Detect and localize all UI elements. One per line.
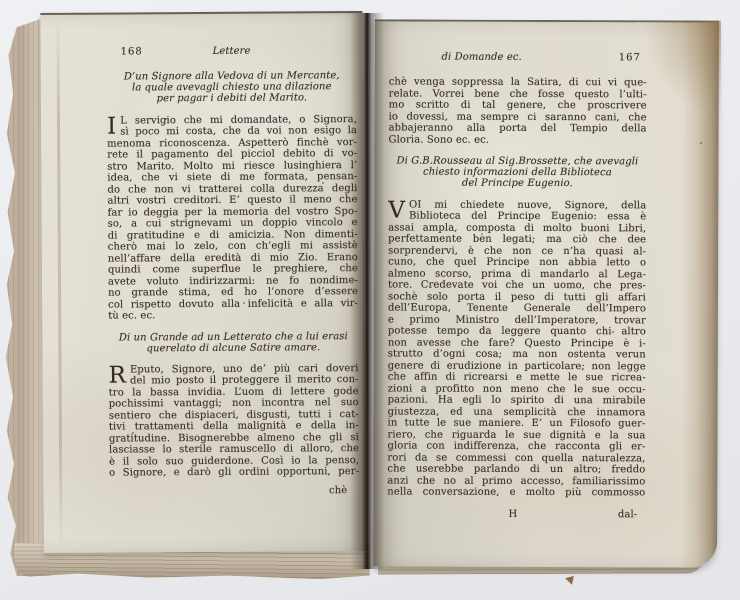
text-line: idea, che vi siete di me formata, pensan…	[107, 171, 357, 184]
text-line: querelato di alcune Satire amare.	[108, 342, 358, 355]
text-line: mo scritto di tal genere, che proscriver…	[389, 99, 647, 111]
text-line: abbajeranno alla porta del Tempio della	[389, 122, 647, 134]
text-line: relate. Vorrei bene che fosse questo l’u…	[389, 88, 647, 100]
text-line: dell’Europa, Tenente Generale dell’Imper…	[388, 303, 646, 315]
text-line: tore. Credevate voi che un uomo, che pre…	[388, 280, 646, 292]
page-crease	[56, 15, 62, 553]
book-gutter	[350, 13, 384, 569]
text-line: gloria con indifferenza, che racconta gl…	[387, 441, 645, 453]
right-catchword: dal-	[618, 509, 637, 520]
text-line: cherò mai lo zelo, con ch’egli mi assist…	[108, 240, 358, 253]
paper-speck	[322, 182, 324, 184]
text-line: no grande stima, ed ho l’onore d’essere	[108, 286, 358, 299]
text-line: che userebbe parlando di un altro; fredd…	[387, 464, 645, 476]
letter-heading: Di G.B.Rousseau al Sig.Brossette, che av…	[388, 155, 646, 189]
paper-speck	[132, 432, 134, 434]
text-line: rori da se commessi con quella naturalez…	[387, 452, 645, 464]
letter-paragraph: chè venga soppressa la Satira, di cui vi…	[389, 76, 647, 146]
right-page-text: di Domande ec. 167 chè venga soppressa l…	[387, 51, 647, 521]
table-debris-speck	[565, 576, 576, 586]
text-line: anzi che no al primo accesso, familiaris…	[387, 475, 645, 487]
text-line: quindi come superflue le preghiere, che	[108, 263, 358, 276]
text-line: almeno scorso, prima di mandarlo al Lega…	[388, 268, 646, 280]
text-line: zioni a profitto non meno che le sue occ…	[388, 383, 646, 395]
text-line: potesse tempo da leggere quanto chi altr…	[388, 326, 646, 338]
text-line: io dovessi, ma sempre ci saranno cani, c…	[389, 111, 647, 123]
paper-speck	[481, 233, 483, 235]
gathering-signature: H	[508, 508, 517, 519]
text-line: Biblioteca del Principe Eugenio: essa è	[409, 211, 646, 223]
right-page: di Domande ec. 167 chè venga soppressa l…	[373, 19, 719, 567]
text-line: sorprendervi, è che non ce n’ha quasi al…	[388, 245, 646, 257]
letter-paragraph: VOI mi chiedete nuove, Signore, dellaBib…	[387, 199, 646, 499]
text-line: chiesto informazioni della Biblioteca	[388, 167, 646, 179]
text-line: riero, che riguarda le sue dignità e la …	[387, 429, 645, 441]
drop-cap: V	[388, 199, 409, 222]
text-line: perfettamente ben legati; ma ciò che dee	[388, 234, 646, 246]
text-line: rete il pagamento del picciol debito di …	[107, 148, 357, 161]
text-line: sochè solo porta il peso di tutti gli af…	[388, 291, 646, 303]
right-page-number: 167	[619, 52, 641, 63]
text-line: altri vostri creditori. E’ questo il men…	[107, 194, 357, 207]
text-line: OI mi chiedete nuove, Signore, della	[409, 199, 646, 211]
open-book-photo: 168 Lettere D’un Signore alla Vedova di …	[0, 0, 740, 600]
text-line: del Principe Eugenio.	[388, 178, 646, 190]
drop-cap: R	[109, 364, 131, 387]
letter-heading: D’un Signore alla Vedova di un Mercante,…	[107, 70, 357, 105]
paper-speck	[423, 482, 425, 484]
left-page-text: 168 Lettere D’un Signore alla Vedova di …	[107, 45, 360, 498]
paper-speck	[612, 331, 614, 333]
left-page-number: 168	[121, 46, 143, 57]
text-line: Gloria. Sono ec. ec.	[389, 134, 647, 146]
text-line: genere di erudizione in particolare; non…	[388, 360, 646, 372]
left-page: 168 Lettere D’un Signore alla Vedova di …	[40, 11, 365, 553]
text-line: Di un Grande ad un Letterato che a lui e…	[108, 331, 358, 344]
paper-speck	[243, 302, 245, 304]
letter-heading: Di un Grande ad un Letterato che a lui e…	[108, 331, 358, 355]
paper-speck	[165, 118, 167, 120]
letter-paragraph: IL servigio che mi domandate, o Signora,…	[107, 114, 358, 323]
text-line: non avesse che fare? Questo Principe è i…	[388, 337, 646, 349]
drop-cap: I	[107, 115, 120, 138]
text-line: o Signore, e darò gli ordini opportuni, …	[109, 466, 359, 479]
text-line: strutto d’ogni cosa; ma non ostenta veru…	[388, 349, 646, 361]
text-line: sì poco mi costa, che da voi non esigo l…	[120, 125, 357, 138]
letter-paragraph: REputo, Signore, uno de’ più cari doveri…	[109, 363, 360, 480]
text-line: e primo Ministro dell’Imperatore, trovar	[388, 314, 646, 326]
text-line: Di G.B.Rousseau al Sig.Brossette, che av…	[388, 155, 646, 167]
corner-stain	[643, 20, 721, 116]
left-running-title: Lettere	[213, 46, 251, 57]
text-line: cuno, che quel Principe non abbia letto …	[388, 257, 646, 269]
paper-speck	[700, 142, 702, 144]
text-line: so, a cui strignevami un doppio vincolo …	[108, 217, 358, 230]
text-line: pazioni. Ha egli lo spirito di una mirab…	[388, 395, 646, 407]
text-line: in tutte le sue maniere. E’ un Filosofo …	[388, 418, 646, 430]
left-catchword: chè	[109, 485, 359, 499]
right-page-sections: chè venga soppressa la Satira, di cui vi…	[387, 76, 646, 498]
left-page-sections: D’un Signore alla Vedova di un Mercante,…	[107, 70, 359, 479]
right-page-footer: H dal-	[387, 508, 645, 522]
text-line: la quale avevagli chiesto una dilazione	[107, 81, 357, 94]
text-line: nella conversazione, e molto più commoss…	[387, 487, 645, 499]
text-line: col rispetto dovuto alla infelicità e al…	[108, 298, 358, 311]
text-line: che affin di ricrearsi e mette le sue ri…	[388, 372, 646, 384]
text-line: per pagar i debiti del Marito.	[107, 92, 357, 105]
text-line: giustezza, ed una semplicità che innamor…	[388, 406, 646, 418]
right-running-title: di Domande ec.	[442, 52, 522, 63]
left-running-head: 168 Lettere	[107, 45, 357, 60]
text-line: assai ampla, composta di molto buoni Lib…	[388, 222, 646, 234]
text-line: tù ec. ec.	[108, 309, 358, 322]
right-running-head: di Domande ec. 167	[389, 51, 647, 65]
text-line: chè venga soppressa la Satira, di cui vi…	[389, 76, 647, 88]
